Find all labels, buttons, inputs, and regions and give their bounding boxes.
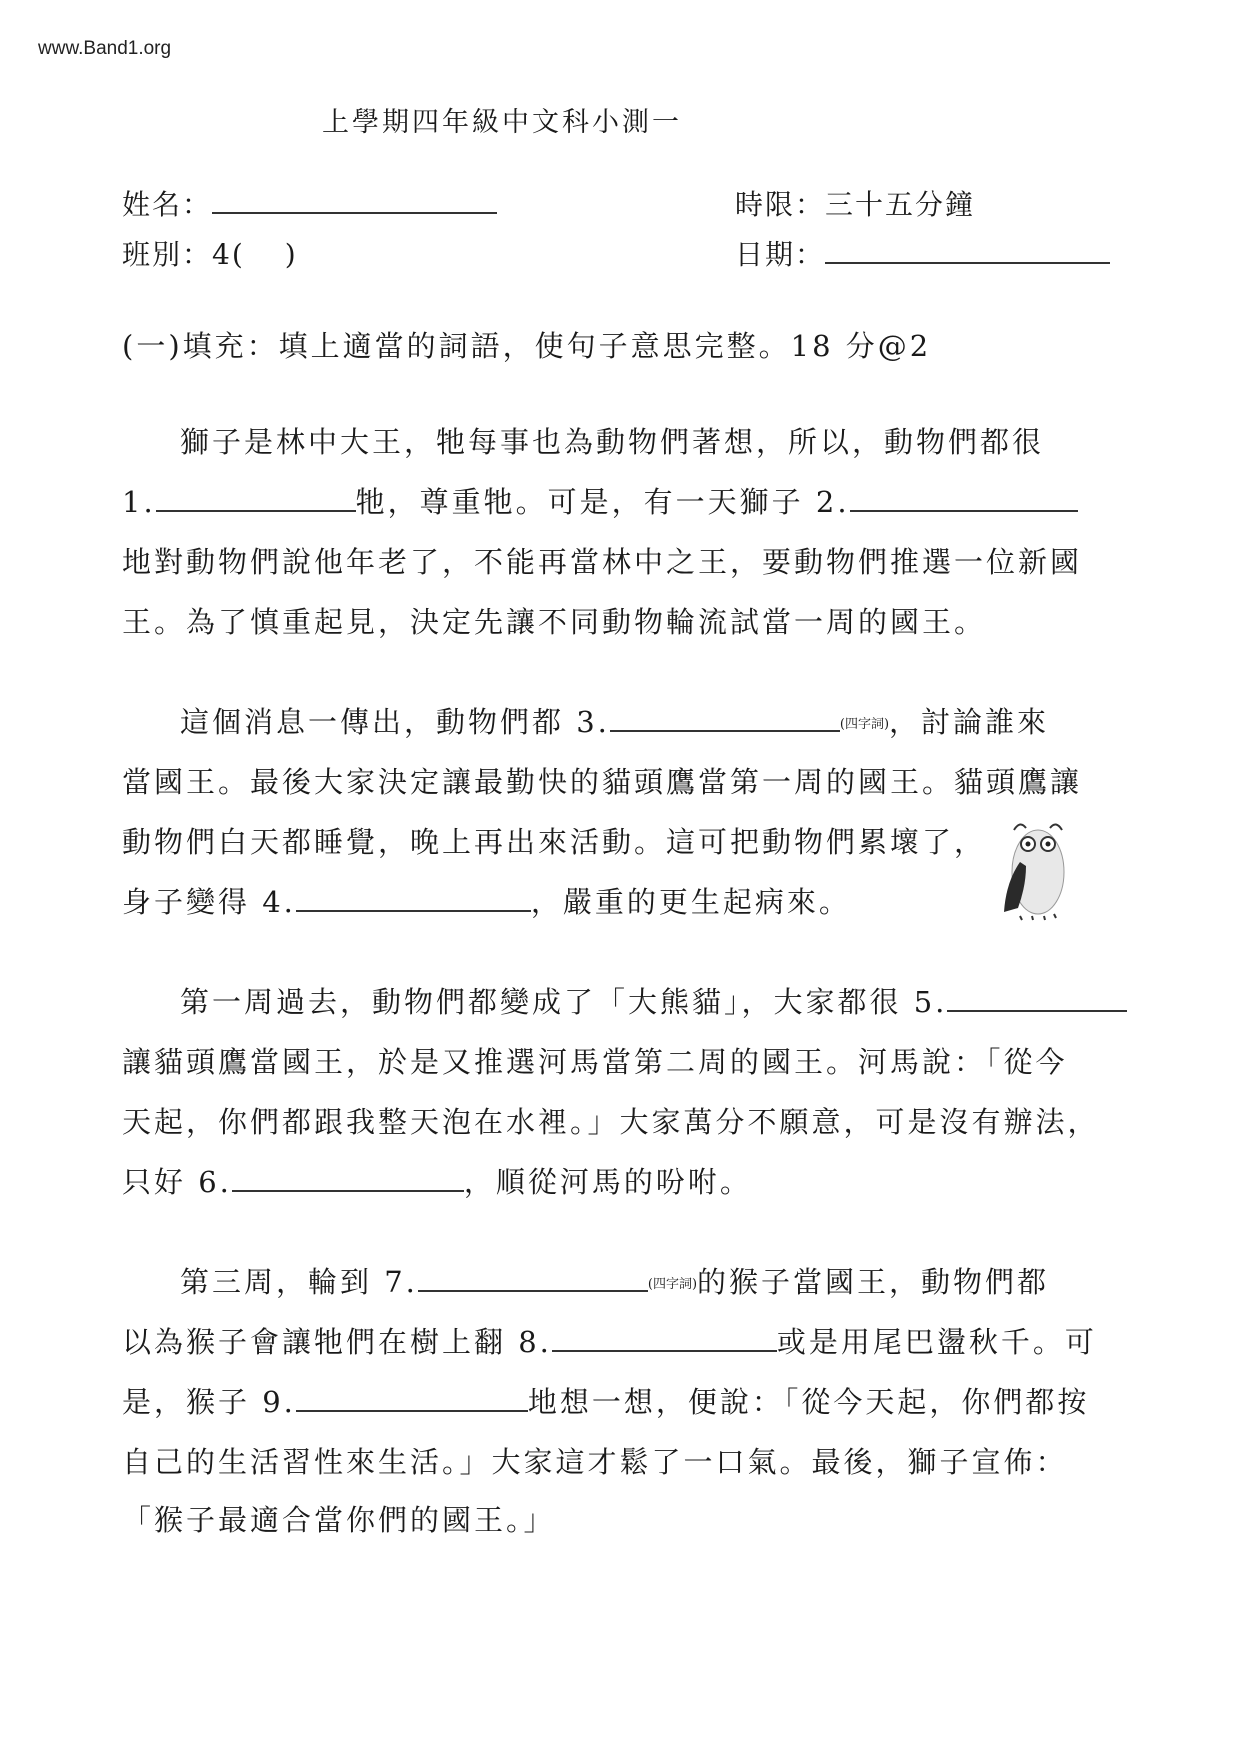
date-blank[interactable] — [825, 240, 1110, 264]
hint-four-char: (四字詞) — [648, 1277, 697, 1292]
page-title: 上學期四年級中文科小測一 — [322, 100, 682, 139]
blank-9[interactable] — [296, 1384, 528, 1412]
p2-line1: 這個消息一傳出，動物們都 3.(四字詞)，討論誰來 — [180, 702, 1049, 745]
p3-line4-text: 只好 6. — [122, 1165, 232, 1199]
owl-illustration-icon — [990, 812, 1070, 922]
p2-line1-text: 這個消息一傳出，動物們都 3. — [180, 705, 610, 739]
time-limit: 時限：三十五分鐘 — [735, 183, 975, 223]
hint-four-char: (四字詞) — [840, 717, 889, 732]
name-field[interactable]: 姓名： — [122, 183, 497, 223]
p2-line4: 身子變得 4.，嚴重的更生起病來。 — [122, 882, 851, 922]
p4-line1: 第三周，輪到 7.(四字詞)的猴子當國王，動物們都 — [180, 1262, 1049, 1305]
p3-line4: 只好 6.，順從河馬的吩咐。 — [122, 1162, 752, 1202]
date-field[interactable]: 日期： — [735, 233, 1110, 273]
p1-line3: 地對動物們說他年老了，不能再當林中之王，要動物們推選一位新國 — [122, 542, 1082, 582]
blank-7[interactable] — [418, 1264, 648, 1292]
class-label: 班別：4( — [122, 238, 245, 271]
blank-1[interactable] — [156, 484, 356, 512]
p4-line1-end: 的猴子當國王，動物們都 — [697, 1265, 1049, 1299]
p4-line4: 自己的生活習性來生活。」大家這才鬆了一口氣。最後，獅子宣佈： — [122, 1442, 1068, 1482]
p2-line1-end: ，討論誰來 — [889, 705, 1049, 739]
section-heading: (一)填充：填上適當的詞語，使句子意思完整。18 分@2 — [122, 326, 931, 366]
p1-line4: 王。為了慎重起見，決定先讓不同動物輪流試當一周的國王。 — [122, 602, 986, 642]
name-blank[interactable] — [212, 190, 497, 214]
p2-line3: 動物們白天都睡覺，晚上再出來活動。這可把動物們累壞了， — [122, 822, 986, 862]
watermark: www.Band1.org — [38, 38, 171, 60]
blank-6[interactable] — [232, 1164, 464, 1192]
p4-line2-end: 或是用尾巴盪秋千。可 — [777, 1325, 1097, 1359]
p3-line3: 天起，你們都跟我整天泡在水裡。」大家萬分不願意，可是沒有辦法， — [122, 1102, 1100, 1142]
p2-line4-text: 身子變得 4. — [122, 885, 296, 919]
p4-line3: 是，猴子 9.地想一想，便說：「從今天起，你們都按 — [122, 1382, 1089, 1422]
class-close: ) — [285, 238, 298, 271]
p4-line2-text: 以為猴子會讓牠們在樹上翻 8. — [122, 1325, 552, 1359]
blank-4[interactable] — [296, 884, 531, 912]
p3-line2: 讓貓頭鷹當國王，於是又推選河馬當第二周的國王。河馬說：「從今 — [122, 1042, 1068, 1082]
p4-line2: 以為猴子會讓牠們在樹上翻 8.或是用尾巴盪秋千。可 — [122, 1322, 1097, 1362]
name-label: 姓名： — [122, 188, 212, 221]
p4-line3-text: 是，猴子 9. — [122, 1385, 296, 1419]
p1-line1: 獅子是林中大王，牠每事也為動物們著想，所以，動物們都很 — [180, 422, 1044, 462]
p1-line2: 1.牠，尊重牠。可是，有一天獅子 2. — [122, 482, 1078, 522]
q1-number: 1. — [122, 485, 156, 519]
blank-3[interactable] — [610, 704, 840, 732]
p2-line2: 當國王。最後大家決定讓最勤快的貓頭鷹當第一周的國王。貓頭鷹讓 — [122, 762, 1082, 802]
blank-2[interactable] — [850, 484, 1078, 512]
p3-line1: 第一周過去，動物們都變成了「大熊貓」，大家都很 5. — [180, 982, 1127, 1022]
p2-line4-end: ，嚴重的更生起病來。 — [531, 885, 851, 919]
p4-line3-end: 地想一想，便說：「從今天起，你們都按 — [528, 1385, 1090, 1419]
p4-line5: 「猴子最適合當你們的國王。」 — [122, 1500, 556, 1540]
blank-8[interactable] — [552, 1324, 777, 1352]
blank-5[interactable] — [947, 984, 1127, 1012]
p4-line1-text: 第三周，輪到 7. — [180, 1265, 418, 1299]
p3-line1-text: 第一周過去，動物們都變成了「大熊貓」，大家都很 5. — [180, 985, 947, 1019]
class-field[interactable]: 班別：4() — [122, 233, 298, 273]
date-label: 日期： — [735, 238, 825, 271]
p1-line2-text: 牠，尊重牠。可是，有一天獅子 2. — [356, 485, 850, 519]
p3-line4-end: ，順從河馬的吩咐。 — [464, 1165, 752, 1199]
